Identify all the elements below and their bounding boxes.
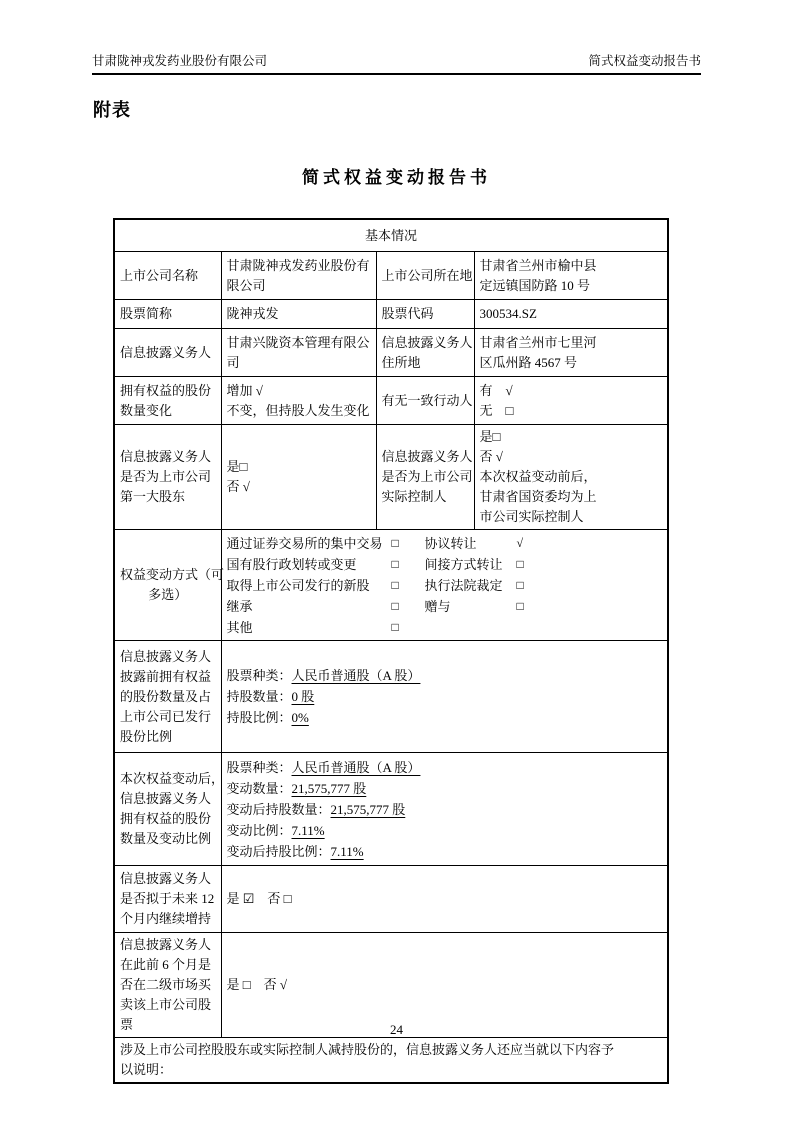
header-company-name: 甘肃陇神戎发药业股份有限公司 [92,53,267,69]
holding-line: 变动数量：21,575,777 股 [227,778,663,799]
table-row-discloser: 信息披露义务人 甘肃兴陇资本管理有限公 司 信息披露义务人 住所地 甘肃省兰州市… [114,329,668,377]
table-row-change-method: 权益变动方式（可 多选） 通过证券交易所的集中交易 □ 协议转让 √ 国有股行政… [114,530,668,641]
holding-line: 持股数量：0 股 [227,686,663,707]
holding-line: 股票种类：人民币普通股（A 股） [227,665,663,686]
holding-line: 变动后持股数量：21,575,777 股 [227,799,663,820]
option-label: 其他 [227,617,392,638]
change-method-option-line: 其他 □ [227,617,663,638]
checkbox-icon: □ [392,596,425,617]
checkmark-icon: √ [517,533,547,554]
option-label: 国有股行政划转或变更 [227,554,392,575]
change-method-option-line: 通过证券交易所的集中交易 □ 协议转让 √ [227,533,663,554]
header-doc-type: 简式权益变动报告书 [588,53,701,69]
change-method-option-line: 取得上市公司发行的新股 □ 执行法院裁定 □ [227,575,663,596]
table-row-company-name: 上市公司名称 甘肃陇神戎发药业股份有 限公司 上市公司所在地 甘肃省兰州市榆中县… [114,252,668,300]
label-discloser: 信息披露义务人 [114,329,221,377]
attachment-label: 附表 [93,96,131,122]
section-title: 基本情况 [114,219,668,252]
field-label: 持股数量： [227,689,292,704]
checkbox-icon: □ [517,554,547,575]
field-label: 变动后持股比例： [227,844,331,859]
field-value: 人民币普通股（A 股） [292,668,421,683]
table-row-section-header: 基本情况 [114,219,668,252]
field-value: 21,575,777 股 [331,802,406,817]
value-pre-disclosure-holdings: 股票种类：人民币普通股（A 股） 持股数量：0 股 持股比例：0% [221,641,668,753]
label-pre-disclosure-holdings: 信息披露义务人 披露前拥有权益 的股份数量及占 上市公司已发行 股份比例 [114,641,221,753]
table-row-largest-shareholder: 信息披露义务人 是否为上市公司 第一大股东 是□ 否 √ 信息披露义务人 是否为… [114,425,668,530]
label-stock-code: 股票代码 [376,300,474,329]
field-value: 7.11% [331,844,364,859]
field-label: 变动后持股数量： [227,802,331,817]
label-company-location: 上市公司所在地 [376,252,474,300]
label-company-name: 上市公司名称 [114,252,221,300]
document-page: 甘肃陇神戎发药业股份有限公司 简式权益变动报告书 附表 简式权益变动报告书 基本… [0,0,793,1122]
field-label: 变动数量： [227,781,292,796]
change-method-option-line: 继承 □ 赠与 □ [227,596,663,617]
label-is-actual-controller: 信息披露义务人 是否为上市公司 实际控制人 [376,425,474,530]
value-is-actual-controller: 是□ 否 √ 本次权益变动前后， 甘肃省国资委均为上 市公司实际控制人 [474,425,668,530]
value-discloser-address: 甘肃省兰州市七里河 区瓜州路 4567 号 [474,329,668,377]
checkbox-icon: □ [517,596,547,617]
value-share-quantity-change: 增加 √ 不变，但持股人发生变化 [221,377,376,425]
table-row-stock: 股票简称 陇神戎发 股票代码 300534.SZ [114,300,668,329]
holding-line: 变动后持股比例：7.11% [227,841,663,862]
checkbox-icon: □ [392,554,425,575]
value-concerted-parties: 有 √ 无 □ [474,377,668,425]
reduction-note-text: 涉及上市公司控股股东或实际控制人减持股份的，信息披露义务人还应当就以下内容予 以… [114,1038,668,1084]
label-post-change-holdings: 本次权益变动后， 信息披露义务人 拥有权益的股份 数量及变动比例 [114,753,221,866]
value-company-location: 甘肃省兰州市榆中县 定远镇国防路 10 号 [474,252,668,300]
option-label: 通过证券交易所的集中交易 [227,533,392,554]
label-is-largest-shareholder: 信息披露义务人 是否为上市公司 第一大股东 [114,425,221,530]
field-value: 人民币普通股（A 股） [292,760,421,775]
running-header: 甘肃陇神戎发药业股份有限公司 简式权益变动报告书 [92,53,701,69]
label-stock-short-name: 股票简称 [114,300,221,329]
page-number: 24 [0,1022,793,1038]
header-rule [92,73,701,75]
option-label: 继承 [227,596,392,617]
value-future-increase: 是 ☑ 否 □ [221,866,668,933]
value-discloser: 甘肃兴陇资本管理有限公 司 [221,329,376,377]
field-label: 持股比例： [227,710,292,725]
change-method-option-line: 国有股行政划转或变更 □ 间接方式转让 □ [227,554,663,575]
table-row-post-change-holdings: 本次权益变动后， 信息披露义务人 拥有权益的股份 数量及变动比例 股票种类：人民… [114,753,668,866]
field-value: 21,575,777 股 [292,781,367,796]
value-change-method: 通过证券交易所的集中交易 □ 协议转让 √ 国有股行政划转或变更 □ 间接方式转… [221,530,668,641]
holding-line: 股票种类：人民币普通股（A 股） [227,757,663,778]
option-label: 赠与 [425,596,517,617]
option-label: 取得上市公司发行的新股 [227,575,392,596]
checkbox-icon: □ [392,575,425,596]
table-row-reduction-note: 涉及上市公司控股股东或实际控制人减持股份的，信息披露义务人还应当就以下内容予 以… [114,1038,668,1084]
table-row-future-increase: 信息披露义务人 是否拟于未来 12 个月内继续增持 是 ☑ 否 □ [114,866,668,933]
label-future-increase: 信息披露义务人 是否拟于未来 12 个月内继续增持 [114,866,221,933]
document-title: 简式权益变动报告书 [0,163,793,188]
value-company-name: 甘肃陇神戎发药业股份有 限公司 [221,252,376,300]
field-value: 0 股 [292,689,315,704]
holding-line: 变动比例：7.11% [227,820,663,841]
field-value: 0% [292,710,309,725]
table-row-pre-disclosure-holdings: 信息披露义务人 披露前拥有权益 的股份数量及占 上市公司已发行 股份比例 股票种… [114,641,668,753]
checkbox-icon: □ [517,575,547,596]
checkbox-icon: □ [392,617,425,638]
value-post-change-holdings: 股票种类：人民币普通股（A 股） 变动数量：21,575,777 股 变动后持股… [221,753,668,866]
holding-line: 持股比例：0% [227,707,663,728]
field-value: 7.11% [292,823,325,838]
equity-change-table: 基本情况 上市公司名称 甘肃陇神戎发药业股份有 限公司 上市公司所在地 甘肃省兰… [113,218,669,1084]
field-label: 股票种类： [227,668,292,683]
field-label: 变动比例： [227,823,292,838]
option-label: 间接方式转让 [425,554,517,575]
option-label: 执行法院裁定 [425,575,517,596]
label-discloser-address: 信息披露义务人 住所地 [376,329,474,377]
value-stock-short-name: 陇神戎发 [221,300,376,329]
value-is-largest-shareholder: 是□ 否 √ [221,425,376,530]
table-row-share-change: 拥有权益的股份 数量变化 增加 √ 不变，但持股人发生变化 有无一致行动人 有 … [114,377,668,425]
label-change-method: 权益变动方式（可 多选） [114,530,221,641]
label-share-quantity-change: 拥有权益的股份 数量变化 [114,377,221,425]
option-label: 协议转让 [425,533,517,554]
checkbox-icon: □ [392,533,425,554]
field-label: 股票种类： [227,760,292,775]
value-stock-code: 300534.SZ [474,300,668,329]
label-concerted-parties: 有无一致行动人 [376,377,474,425]
